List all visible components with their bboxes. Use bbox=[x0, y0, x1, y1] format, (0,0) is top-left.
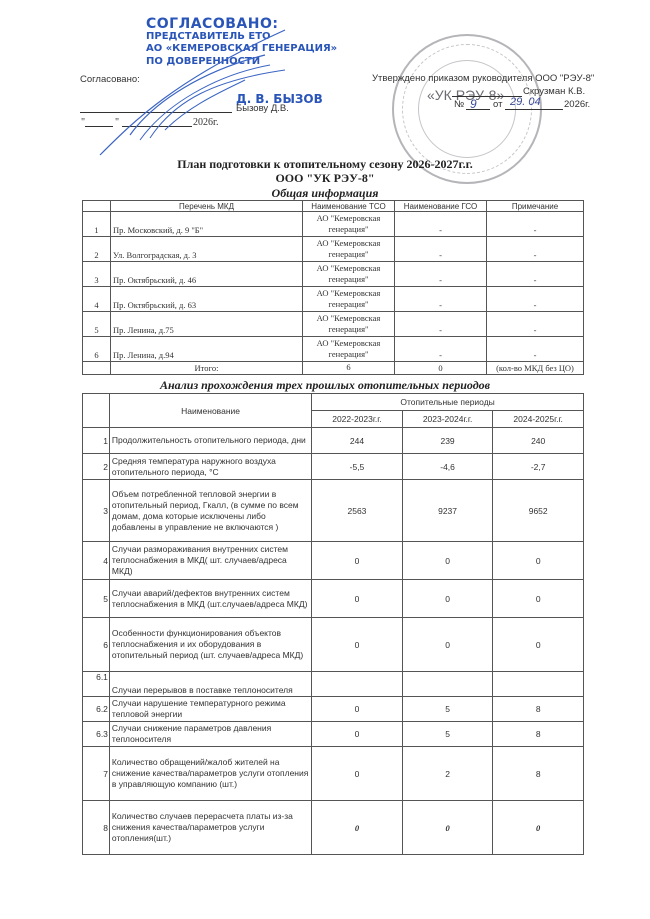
gso-cell: - bbox=[395, 212, 487, 237]
note-cell: - bbox=[487, 237, 584, 262]
period-value: 0 bbox=[312, 697, 403, 722]
table-row: 6Пр. Ленина, д.94АО "Кемеровская генерац… bbox=[83, 337, 584, 362]
table-row: 4Случаи размораживания внутренних систем… bbox=[83, 542, 584, 580]
row-number: 7 bbox=[83, 747, 110, 801]
table-row: 2Средняя температура наружного воздуха о… bbox=[83, 454, 584, 480]
row-label: Средняя температура наружного воздуха от… bbox=[109, 454, 311, 480]
period-value: 0 bbox=[402, 542, 493, 580]
row-number: 3 bbox=[83, 480, 110, 542]
table-row: 6Особенности функционирования объектов т… bbox=[83, 618, 584, 672]
table-row: 3Пр. Октябрьский, д. 46АО "Кемеровская г… bbox=[83, 262, 584, 287]
heating-analysis-table: Наименование Отопительные периоды 2022-2… bbox=[82, 393, 584, 855]
note-cell: - bbox=[487, 287, 584, 312]
day-line bbox=[85, 126, 113, 127]
table-row: 2Ул. Волгоградская, д. 3АО "Кемеровская … bbox=[83, 237, 584, 262]
row-number: 1 bbox=[83, 212, 111, 237]
right-year: 2026г. bbox=[564, 99, 590, 110]
gso-cell: - bbox=[395, 287, 487, 312]
row-number: 4 bbox=[83, 287, 111, 312]
row-number: 6.3 bbox=[83, 722, 110, 747]
gso-cell: - bbox=[395, 337, 487, 362]
tso-cell: АО "Кемеровская генерация" bbox=[303, 237, 395, 262]
tso-cell: АО "Кемеровская генерация" bbox=[303, 287, 395, 312]
gso-cell: - bbox=[395, 262, 487, 287]
table-row: 5Пр. Ленина, д.75АО "Кемеровская генерац… bbox=[83, 312, 584, 337]
table-row: 1Продолжительность отопительного периода… bbox=[83, 428, 584, 454]
period-value: 240 bbox=[493, 428, 584, 454]
row-number: 2 bbox=[83, 454, 110, 480]
total-tso-count: 6 bbox=[303, 362, 395, 375]
stamp-line: АО «КЕМЕРОВСКАЯ ГЕНЕРАЦИЯ» bbox=[146, 43, 337, 56]
period-value: 5 bbox=[402, 697, 493, 722]
address-cell: Пр. Октябрьский, д. 63 bbox=[111, 287, 303, 312]
table-row: 7Количество обращений/жалоб жителей на с… bbox=[83, 747, 584, 801]
period-value: 0 bbox=[312, 722, 403, 747]
left-year: 2026г. bbox=[193, 117, 218, 128]
period-value: 2 bbox=[402, 747, 493, 801]
column-header: Перечень МКД bbox=[111, 201, 303, 212]
row-number: 2 bbox=[83, 237, 111, 262]
period-value: 0 bbox=[493, 580, 584, 618]
row-number-header bbox=[83, 394, 110, 428]
address-cell: Пр. Ленина, д.94 bbox=[111, 337, 303, 362]
row-number: 4 bbox=[83, 542, 110, 580]
period-value: 9237 bbox=[402, 480, 493, 542]
tso-cell: АО "Кемеровская генерация" bbox=[303, 312, 395, 337]
row-label: Количество случаев перерасчета платы из-… bbox=[109, 801, 311, 855]
table-row: 1Пр. Московский, д. 9 "Б"АО "Кемеровская… bbox=[83, 212, 584, 237]
period-value: -4,6 bbox=[402, 454, 493, 480]
column-header: Примечание bbox=[487, 201, 584, 212]
order-number-prefix: № bbox=[454, 99, 464, 110]
order-from-label: от bbox=[493, 99, 502, 110]
period-value: 0 bbox=[312, 542, 403, 580]
order-date-value: 29. 04 bbox=[510, 96, 541, 108]
table-row: 6.1Случаи перерывов в поставке теплоноси… bbox=[83, 672, 584, 697]
left-signer-name: Бызову Д.В. bbox=[236, 103, 289, 114]
total-note: (кол-во МКД без ЦО) bbox=[487, 362, 584, 375]
address-cell: Пр. Московский, д. 9 "Б" bbox=[111, 212, 303, 237]
period-value: 0 bbox=[493, 801, 584, 855]
period-value: 9652 bbox=[493, 480, 584, 542]
row-label: Случаи нарушение температурного режима т… bbox=[109, 697, 311, 722]
row-label: Случаи снижение параметров давления тепл… bbox=[109, 722, 311, 747]
period-value: 0 bbox=[493, 542, 584, 580]
table-row: 6.3Случаи снижение параметров давления т… bbox=[83, 722, 584, 747]
row-number: 5 bbox=[83, 580, 110, 618]
table-row: 8Количество случаев перерасчета платы из… bbox=[83, 801, 584, 855]
row-number: 8 bbox=[83, 801, 110, 855]
stamp-line: СОГЛАСОВАНО: bbox=[146, 18, 337, 31]
order-number-line bbox=[466, 109, 490, 110]
tso-cell: АО "Кемеровская генерация" bbox=[303, 337, 395, 362]
column-header-periods: Отопительные периоды bbox=[312, 394, 584, 411]
total-gso-count: 0 bbox=[395, 362, 487, 375]
period-value: 239 bbox=[402, 428, 493, 454]
gso-cell: - bbox=[395, 312, 487, 337]
row-label: Количество обращений/жалоб жителей на сн… bbox=[109, 747, 311, 801]
period-value: 0 bbox=[402, 801, 493, 855]
table-row: 3Объем потребленной тепловой энергии в о… bbox=[83, 480, 584, 542]
period-value: -5,5 bbox=[312, 454, 403, 480]
row-label: Особенности функционирования объектов те… bbox=[109, 618, 311, 672]
note-cell: - bbox=[487, 312, 584, 337]
period-value: 8 bbox=[493, 747, 584, 801]
period-value: 0 bbox=[312, 618, 403, 672]
total-row: Итого:60(кол-во МКД без ЦО) bbox=[83, 362, 584, 375]
row-label: Случаи аварий/дефектов внутренних систем… bbox=[109, 580, 311, 618]
period-value: 0 bbox=[402, 580, 493, 618]
table-row: 6.2Случаи нарушение температурного режим… bbox=[83, 697, 584, 722]
period-value: 0 bbox=[312, 747, 403, 801]
row-number: 1 bbox=[83, 428, 110, 454]
row-number: 3 bbox=[83, 262, 111, 287]
address-cell: Ул. Волгоградская, д. 3 bbox=[111, 237, 303, 262]
period-value: 8 bbox=[493, 697, 584, 722]
document-title: План подготовки к отопительному сезону 2… bbox=[0, 157, 650, 172]
table-header-row: Перечень МКД Наименование ТСО Наименован… bbox=[83, 201, 584, 212]
note-cell: - bbox=[487, 212, 584, 237]
date-quote-close: " bbox=[115, 117, 119, 128]
address-cell: Пр. Октябрьский, д. 46 bbox=[111, 262, 303, 287]
period-value: 0 bbox=[402, 618, 493, 672]
period-value bbox=[312, 672, 403, 697]
row-number: 6.2 bbox=[83, 697, 110, 722]
row-label: Случаи размораживания внутренних систем … bbox=[109, 542, 311, 580]
period-value: 2563 bbox=[312, 480, 403, 542]
column-header-name: Наименование bbox=[109, 394, 311, 428]
period-header: 2024-2025г.г. bbox=[493, 411, 584, 428]
tso-cell: АО "Кемеровская генерация" bbox=[303, 212, 395, 237]
period-value: -2,7 bbox=[493, 454, 584, 480]
general-info-table: Перечень МКД Наименование ТСО Наименован… bbox=[82, 200, 584, 375]
note-cell: - bbox=[487, 337, 584, 362]
row-number: 6 bbox=[83, 618, 110, 672]
gso-cell: - bbox=[395, 237, 487, 262]
table-row: 4Пр. Октябрьский, д. 63АО "Кемеровская г… bbox=[83, 287, 584, 312]
signature-line bbox=[80, 112, 232, 113]
column-header: Наименование ГСО bbox=[395, 201, 487, 212]
row-label: Объем потребленной тепловой энергии в от… bbox=[109, 480, 311, 542]
period-header: 2022-2023г.г. bbox=[312, 411, 403, 428]
organization-title: ООО "УК РЭУ-8" bbox=[0, 171, 650, 186]
period-value: 0 bbox=[312, 580, 403, 618]
stamp-line: ПРЕДСТАВИТЕЛЬ ЕТО bbox=[146, 31, 337, 44]
column-header: Наименование ТСО bbox=[303, 201, 395, 212]
row-number: 5 bbox=[83, 312, 111, 337]
note-cell: - bbox=[487, 262, 584, 287]
period-value bbox=[493, 672, 584, 697]
order-date-line bbox=[505, 109, 563, 110]
tso-cell: АО "Кемеровская генерация" bbox=[303, 262, 395, 287]
period-value: 0 bbox=[493, 618, 584, 672]
section-heading-general: Общая информация bbox=[0, 186, 650, 201]
row-number: 6 bbox=[83, 337, 111, 362]
row-label: Продолжительность отопительного периода,… bbox=[109, 428, 311, 454]
row-number: 6.1 bbox=[83, 672, 110, 697]
agreed-label: Согласовано: bbox=[80, 74, 140, 85]
month-line bbox=[122, 126, 192, 127]
approval-stamp-left: СОГЛАСОВАНО: ПРЕДСТАВИТЕЛЬ ЕТО АО «КЕМЕР… bbox=[146, 18, 337, 68]
row-label: Случаи перерывов в поставке теплоносител… bbox=[109, 672, 311, 697]
period-value: 244 bbox=[312, 428, 403, 454]
period-header: 2023-2024г.г. bbox=[402, 411, 493, 428]
section-heading-analysis: Анализ прохождения трех прошлых отопител… bbox=[0, 378, 650, 393]
period-value bbox=[402, 672, 493, 697]
table-header-row: Наименование Отопительные периоды bbox=[83, 394, 584, 411]
column-header bbox=[83, 201, 111, 212]
stamp-line: ПО ДОВЕРЕННОСТИ bbox=[146, 56, 337, 69]
address-cell: Пр. Ленина, д.75 bbox=[111, 312, 303, 337]
approval-order-text: Утверждено приказом руководителя ООО "РЭ… bbox=[372, 73, 594, 84]
period-value: 8 bbox=[493, 722, 584, 747]
period-value: 0 bbox=[312, 801, 403, 855]
table-row: 5Случаи аварий/дефектов внутренних систе… bbox=[83, 580, 584, 618]
total-empty bbox=[83, 362, 111, 375]
period-value: 5 bbox=[402, 722, 493, 747]
total-label: Итого: bbox=[111, 362, 303, 375]
